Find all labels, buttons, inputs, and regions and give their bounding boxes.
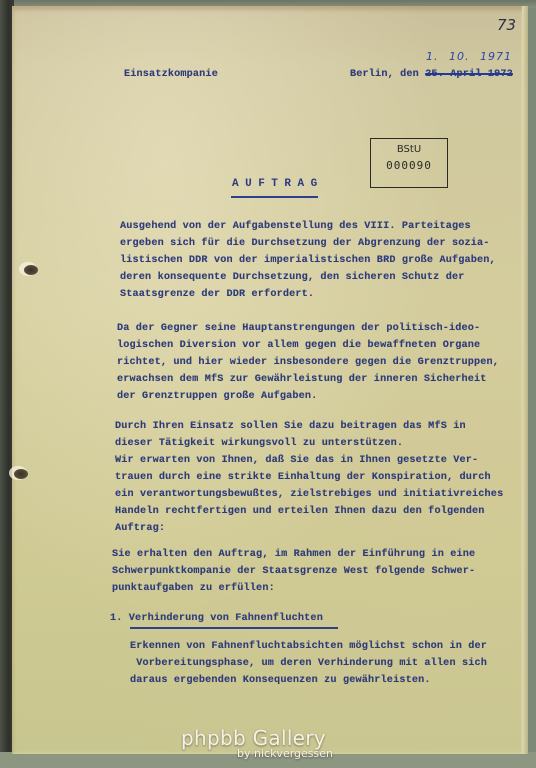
stamp-label: BStU	[371, 144, 447, 155]
punch-hole-icon	[14, 469, 28, 479]
struck-date: 25. April 1972	[425, 69, 513, 80]
watermark-title: phpbb Gallery	[181, 727, 326, 749]
paper-edge	[522, 6, 528, 754]
item-heading: 1. Verhinderung von Fahnenfluchten	[110, 610, 323, 627]
place-date: Berlin, den 25. April 1972	[350, 66, 513, 83]
title-underline	[231, 196, 318, 198]
item-body: Erkennen von Fahnenfluchtabsichten mögli…	[130, 638, 487, 689]
archive-stamp: BStU 000090	[370, 138, 448, 188]
handwritten-date: 1. 10. 1971	[426, 50, 512, 63]
page-number: 73	[497, 16, 516, 34]
paragraph-2: Da der Gegner seine Hauptanstrengungen d…	[117, 320, 499, 405]
stamp-number: 000090	[371, 159, 447, 172]
unit-name: Einsatzkompanie	[124, 66, 218, 83]
paragraph-1: Ausgehend von der Aufgabenstellung des V…	[120, 218, 496, 303]
item-underline	[130, 627, 338, 629]
paragraph-3: Durch Ihren Einsatz sollen Sie dazu beit…	[115, 418, 503, 537]
punch-hole-icon	[24, 265, 38, 275]
watermark-subtitle: by nickvergessen	[237, 747, 333, 760]
document-title: AUFTRAG	[232, 178, 324, 190]
paragraph-4: Sie erhalten den Auftrag, im Rahmen der …	[112, 546, 475, 597]
place-prefix: Berlin, den	[350, 69, 425, 80]
